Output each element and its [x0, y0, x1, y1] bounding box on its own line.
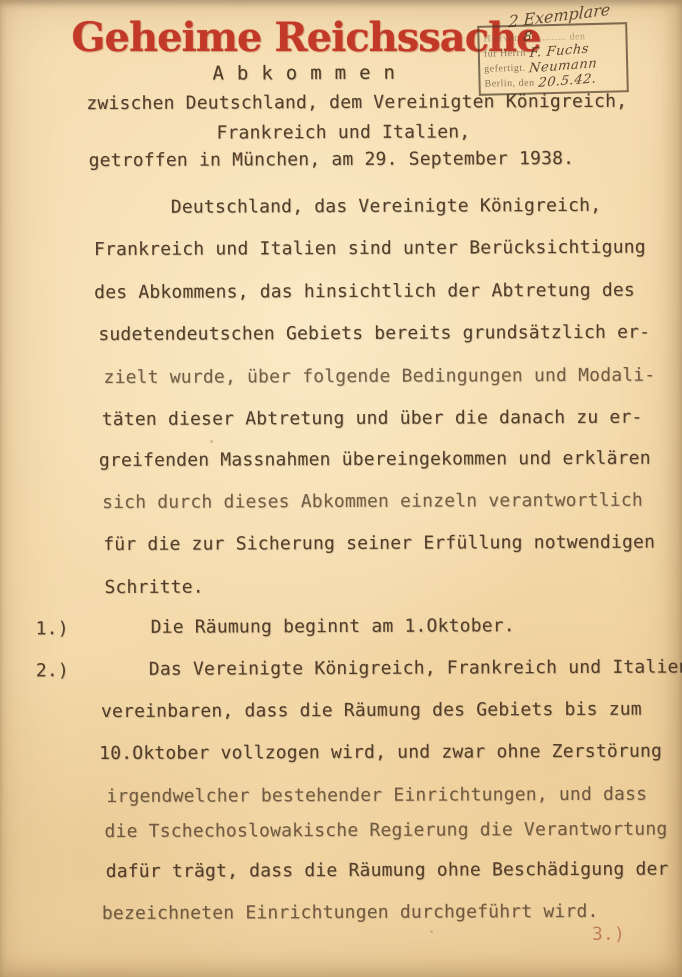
page-continuation-marker: 3.) [592, 924, 625, 945]
item-number: 2.) [36, 660, 69, 681]
body-line: für die zur Sicherung seiner Erfüllung n… [103, 532, 655, 555]
body-line: greifenden Massnahmen übereingekommen un… [99, 448, 651, 471]
item-line: irgendwelcher bestehender Einrichtungen,… [106, 784, 647, 807]
item-line: die Tschechoslowakische Regierung die Ve… [104, 819, 667, 842]
item-number: 1.) [36, 618, 69, 639]
intro-line: getroffen in München, am 29. September 1… [89, 148, 575, 171]
stamp-print-text: gefertigt. [484, 61, 526, 77]
stamp-print-text: für Herrn [484, 46, 526, 62]
stamp-handwriting: 8 [523, 29, 533, 45]
item-line: vereinbaren, dass die Räumung des Gebiet… [101, 699, 642, 722]
stamp-print-text: Hiervon [483, 31, 520, 47]
body-line: Deutschland, das Vereinigte Königreich, [171, 195, 602, 218]
body-line: Frankreich und Italien sind unter Berück… [94, 237, 646, 260]
item-line: dafür trägt, dass die Räumung ohne Besch… [106, 859, 669, 882]
body-line: täten dieser Abtretung und über die dana… [102, 407, 643, 430]
intro-line: Frankreich und Italien, [216, 121, 470, 143]
item-line: 10.Oktober vollzogen wird, und zwar ohne… [99, 741, 662, 764]
paper-speck [210, 440, 213, 443]
stamp-handwriting: 20.5.42. [538, 71, 598, 90]
document-photo: Geheime Reichssache 2 Exemplare Hiervon … [0, 0, 682, 977]
body-line: Schritte. [104, 577, 203, 598]
intro-line: zwischen Deutschland, dem Vereinigten Kö… [86, 91, 627, 114]
paper-speck [430, 930, 433, 933]
item-line: bezeichneten Einrichtungen durchgeführt … [102, 901, 599, 924]
paper-speck [237, 154, 241, 158]
body-line: zielt wurde, über folgende Bedingungen u… [103, 365, 655, 388]
typewritten-text-layer: Abkommen zwischen Deutschland, dem Verei… [0, 0, 682, 977]
item-line: Das Vereinigte Königreich, Frankreich un… [149, 656, 682, 679]
document-title: Abkommen [212, 62, 408, 85]
registry-stamp: Hiervon 8 .......... den für Herrn F. Fu… [477, 22, 629, 96]
stamp-print-text: Berlin, den [484, 75, 534, 91]
body-line: des Abkommens, das hinsichtlich der Abtr… [94, 280, 635, 303]
body-line: sich durch dieses Abkommen einzeln veran… [102, 490, 643, 513]
item-line: Die Räumung beginnt am 1.Oktober. [151, 615, 515, 638]
body-line: sudetendeutschen Gebiets bereits grundsä… [98, 322, 650, 345]
